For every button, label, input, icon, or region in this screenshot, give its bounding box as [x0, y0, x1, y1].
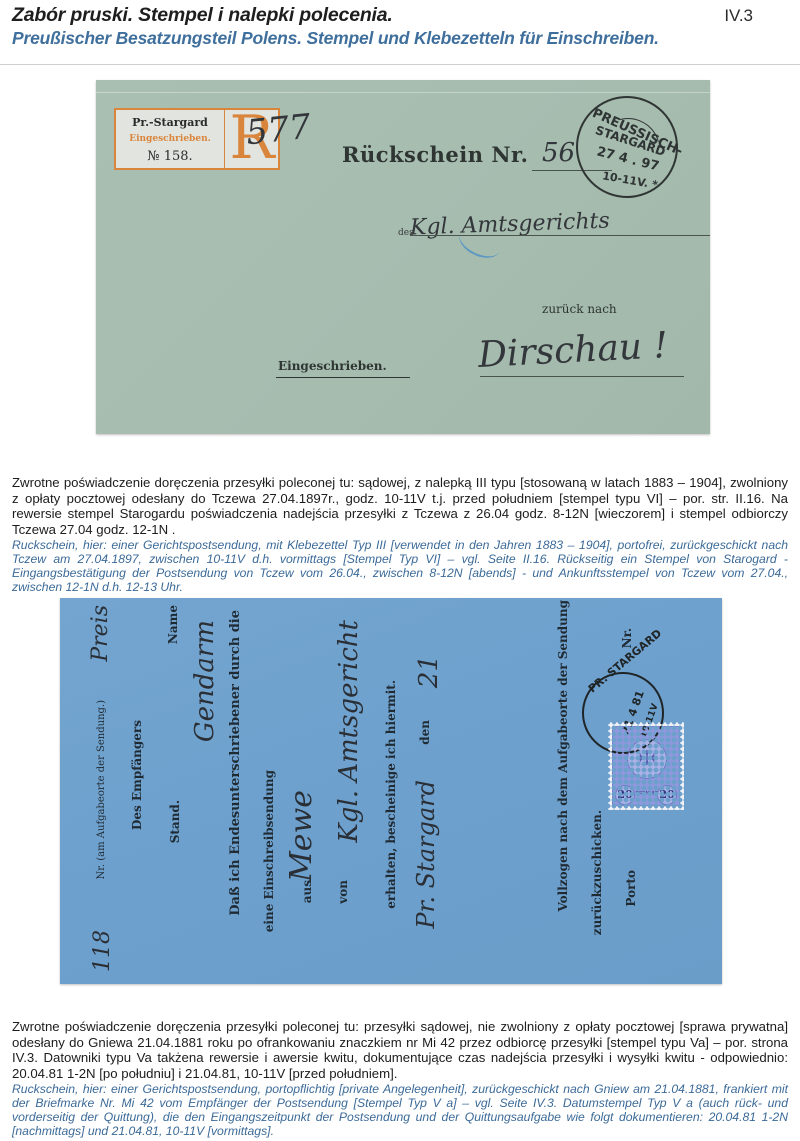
handwritten-von: Kgl. Amtsgericht	[334, 620, 364, 843]
registration-label-number: № 158.	[116, 149, 224, 164]
registration-label-divider	[224, 110, 225, 168]
return-to-label: zurück nach	[542, 302, 617, 316]
caption-2-polish: Zwrotne poświadczenie doręczenia przesył…	[12, 1019, 788, 1081]
ruckschein-green-image: Pr.-Stargard Eingeschrieben. № 158. R 57…	[96, 80, 710, 434]
handwritten-name: Preis	[88, 605, 113, 662]
handwritten-nr: 118	[90, 930, 115, 972]
destination-line	[480, 376, 684, 377]
registration-label-word: Eingeschrieben.	[116, 134, 224, 144]
handwritten-aus: Mewe	[284, 790, 319, 882]
stamp-face: ✠ 20 PFENNIG 20	[612, 726, 680, 806]
handwritten-form-number: 56	[542, 138, 575, 168]
form-col-empfaenger: Des Empfängers	[130, 720, 144, 830]
form-col-aus: aus	[300, 880, 314, 903]
form-col-dass: Daß ich Endesunterschriebener durch die	[228, 610, 243, 916]
addressee-line	[410, 235, 710, 236]
handwritten-day: 21	[414, 655, 444, 688]
registered-label: Eingeschrieben.	[278, 359, 387, 373]
handwritten-stand: Gendarm	[190, 620, 220, 742]
form-col-von: von	[336, 880, 350, 904]
postmark-preussisch-stargard: PREUSSISCH- STARGARD 27 4 . 97 10-11V. *	[576, 96, 678, 198]
form-col-einschreibsendung: eine Einschreibsendung	[262, 770, 276, 932]
form-col-porto: Porto	[624, 870, 638, 907]
handwritten-registration-number: 577	[244, 107, 313, 154]
page-number: IV.3	[724, 6, 753, 26]
form-col-name: Name	[166, 605, 180, 644]
header-divider	[0, 64, 800, 65]
caption-1-polish: Zwrotne poświadczenie doręczenia przesył…	[12, 475, 788, 537]
stamp-value-right: 20	[657, 785, 677, 805]
stamp-value-left: 20	[615, 785, 635, 805]
eagle-emblem-icon: ✠	[627, 739, 667, 779]
form-col-zurueck: zurückzuschicken.	[590, 810, 604, 935]
registered-underline	[276, 377, 410, 378]
postage-stamp-20-pfennig: ✠ 20 PFENNIG 20	[608, 722, 684, 810]
caption-2-german: Ruckschein, hier: einer Gerichtspostsend…	[12, 1082, 788, 1138]
form-col-nr: Nr. (am Aufgabeorte der Sendung.)	[96, 700, 107, 880]
caption-1-german: Ruckschein, hier: einer Gerichtspostsend…	[12, 538, 788, 594]
form-title: Rückschein Nr.	[342, 142, 529, 167]
handwritten-place: Pr. Stargard	[412, 780, 440, 929]
page-title-polish: Zabór pruski. Stempel i nalepki poleceni…	[12, 4, 393, 27]
form-col-stand: Stand.	[168, 800, 182, 843]
form-col-den: den	[418, 720, 432, 745]
handwritten-destination: Dirschau !	[477, 325, 669, 376]
stamp-currency: PFENNIG	[635, 791, 659, 797]
form-col-erhalten: erhalten, bescheinige ich hiermit.	[384, 680, 398, 909]
registration-label-town: Pr.-Stargard	[116, 116, 224, 129]
page-title-german: Preußischer Besatzungsteil Polens. Stemp…	[12, 28, 659, 49]
form-col-vollzogen: Vollzogen nach dem Aufgabeorte der Sendu…	[556, 600, 570, 912]
